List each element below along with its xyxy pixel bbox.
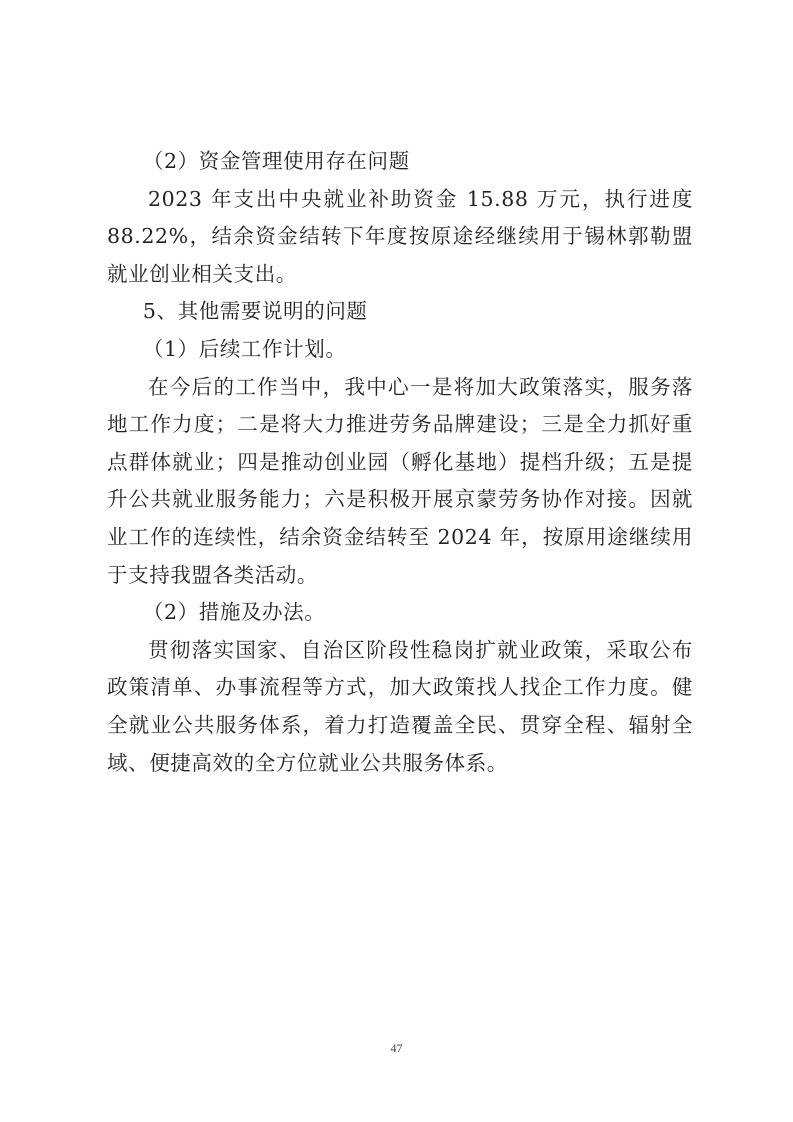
subsection-heading-work-plan: （1）后续工作计划。 bbox=[107, 331, 693, 369]
document-body: （2）资金管理使用存在问题 2023 年支出中央就业补助资金 15.88 万元，… bbox=[107, 143, 693, 782]
subsection-heading-measures: （2）措施及办法。 bbox=[107, 594, 693, 632]
paragraph-funds-execution: 2023 年支出中央就业补助资金 15.88 万元，执行进度 88.22%，结余… bbox=[107, 181, 693, 294]
section-heading-other-issues: 5、其他需要说明的问题 bbox=[107, 293, 693, 331]
paragraph-work-plan: 在今后的工作当中，我中心一是将加大政策落实，服务落地工作力度；二是将大力推进劳务… bbox=[107, 369, 693, 595]
page-number: 47 bbox=[0, 1041, 793, 1056]
paragraph-measures: 贯彻落实国家、自治区阶段性稳岗扩就业政策，采取公布政策清单、办事流程等方式，加大… bbox=[107, 632, 693, 782]
section-heading-funds-issue: （2）资金管理使用存在问题 bbox=[107, 143, 693, 181]
